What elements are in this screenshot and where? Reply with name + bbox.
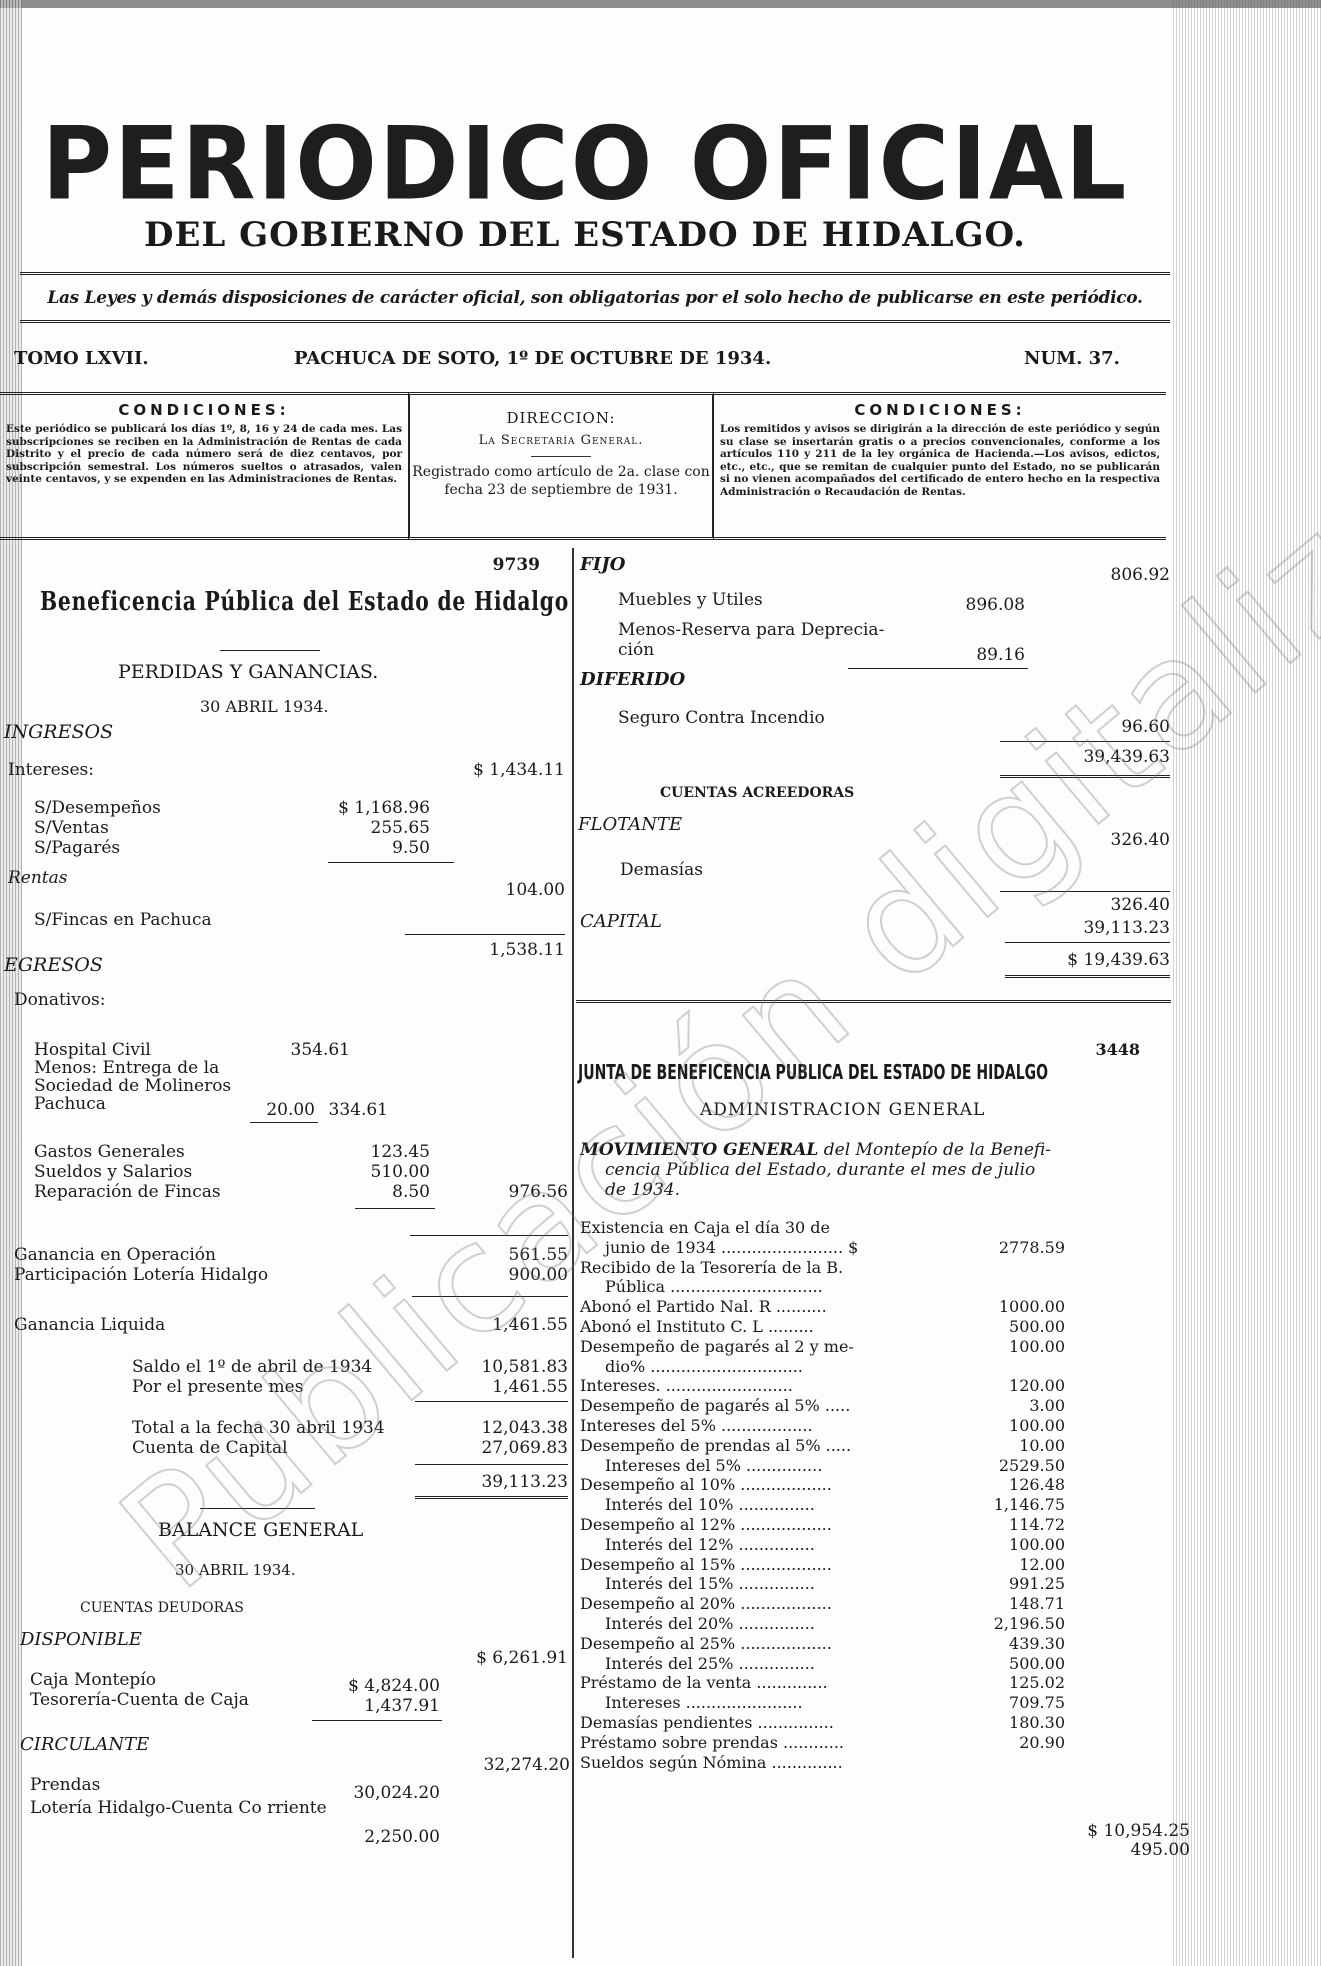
- ingreso-value-1: 255.65: [290, 818, 430, 838]
- movement-item-label: Desempeño de prendas al 5% .....: [580, 1436, 851, 1456]
- movement-line-1: MOVIMIENTO GENERAL del Montepío de la Be…: [580, 1140, 1051, 1160]
- movement-item-label: Desempeño al 20% ..................: [580, 1594, 832, 1614]
- movement-item-value: 991.25: [960, 1574, 1065, 1594]
- result-value-1: 900.00: [440, 1265, 568, 1285]
- movement-item-value: 1,146.75: [960, 1495, 1065, 1515]
- direccion-registration: Registrado como artículo de 2a. clase co…: [410, 463, 712, 499]
- movement-item-value: 100.00: [960, 1416, 1065, 1436]
- diferido-heading: DIFERIDO: [580, 670, 685, 690]
- report-title: PERDIDAS Y GANANCIAS.: [118, 662, 378, 682]
- menos-line-1: Sociedad de Molineros: [34, 1076, 231, 1096]
- ingresos-total: 1,538.11: [430, 940, 565, 960]
- disponible-value-1: 1,437.91: [300, 1696, 440, 1716]
- movement-text-2: cencia Pública del Estado, durante el me…: [605, 1160, 1035, 1180]
- acreedoras-total: $ 19,439.63: [1000, 950, 1170, 970]
- movement-item-value: 125.02: [960, 1673, 1065, 1693]
- movement-item-label: Intereses .......................: [605, 1693, 803, 1713]
- flotante-heading: FLOTANTE: [578, 815, 682, 835]
- capital-total: 39,113.23: [440, 1472, 568, 1492]
- disponible-label-1: Tesorería-Cuenta de Caja: [30, 1690, 249, 1710]
- diferido-value: 96.60: [1050, 717, 1170, 737]
- ingreso-label-2: S/Pagarés: [34, 838, 120, 858]
- masthead-title: PERIODICO OFICIAL: [0, 105, 1170, 223]
- flotante-total: 326.40: [1050, 830, 1170, 850]
- movement-item-value: 20.90: [960, 1733, 1065, 1753]
- capital-rule: [1005, 942, 1170, 943]
- fijo-label-0: Muebles y Utiles: [618, 590, 763, 610]
- issue-info-row: TOMO LXVII. PACHUCA DE SOTO, 1º DE OCTUB…: [14, 348, 1164, 376]
- capital-label-2: Total a la fecha 30 abril 1934: [132, 1418, 385, 1438]
- result-label-1: Participación Lotería Hidalgo: [14, 1265, 268, 1285]
- movement-item-label: Préstamo de la venta ..............: [580, 1673, 828, 1693]
- ingreso-label-1: S/Ventas: [34, 818, 109, 838]
- movement-item-label: Interés del 25% ...............: [605, 1654, 815, 1674]
- menos-line-0: Menos: Entrega de la: [34, 1058, 219, 1078]
- movement-item-value: 709.75: [960, 1693, 1065, 1713]
- fijo-heading: FIJO: [580, 555, 625, 575]
- movement-item-value: 126.48: [960, 1475, 1065, 1495]
- egreso-label-0: Gastos Generales: [34, 1142, 185, 1162]
- movement-item-label: Desempeño de pagarés al 5% .....: [580, 1396, 850, 1416]
- capital-label-1: Por el presente mes: [132, 1377, 303, 1397]
- donativos-net: 334.61: [320, 1100, 388, 1120]
- egresos-total: 976.56: [440, 1182, 568, 1202]
- movement-text-1: del Montepío de la Benefi-: [824, 1140, 1051, 1160]
- capital-value: 39,113.23: [1020, 918, 1170, 938]
- movement-item-label: junio de 1934 ........................ $: [605, 1238, 858, 1258]
- ingreso-value-2: 9.50: [290, 838, 430, 858]
- diferido-rule: [1000, 741, 1170, 742]
- issue-number: NUM. 37.: [1024, 348, 1120, 369]
- result-value-0: 561.55: [440, 1245, 568, 1265]
- fijo-rule: [848, 668, 1028, 669]
- egresos-total-rule: [410, 1235, 568, 1236]
- conditions-left-title: CONDICIONES:: [0, 401, 408, 419]
- rentas-label: Rentas: [8, 868, 68, 888]
- movement-item-value: 500.00: [960, 1317, 1065, 1337]
- menos-rule: [250, 1122, 318, 1123]
- ingreso-value-0: $ 1,168.96: [290, 798, 430, 818]
- ingresos-heading: INGRESOS: [4, 722, 113, 742]
- movement-item-value: 12.00: [960, 1555, 1065, 1575]
- scan-edge-top: [0, 0, 1321, 8]
- deudoras-total: 39,439.63: [1020, 747, 1170, 767]
- newspaper-page: PERIODICO OFICIAL DEL GOBIERNO DEL ESTAD…: [0, 0, 1321, 1966]
- circulante-total: 32,274.20: [440, 1755, 570, 1775]
- fijo-value-1: 89.16: [920, 645, 1025, 665]
- flotante-rule: [1000, 891, 1170, 892]
- movement-item-value: 10.00: [960, 1436, 1065, 1456]
- capital-subtotal-rule: [415, 1401, 568, 1402]
- column-divider: [572, 548, 574, 1958]
- egresos-subtotal-rule: [355, 1208, 435, 1209]
- movement-item-value: 114.72: [960, 1515, 1065, 1535]
- movement-item-label: Abonó el Partido Nal. R ..........: [580, 1297, 827, 1317]
- ganancia-liquida-value: 1,461.55: [440, 1315, 568, 1335]
- intereses-total: $ 1,434.11: [420, 760, 565, 780]
- conditions-right-title: CONDICIONES:: [714, 401, 1166, 419]
- tomo-label: TOMO LXVII.: [14, 348, 149, 369]
- ingresos-total-rule: [405, 934, 565, 935]
- movement-item-label: Interés del 12% ...............: [605, 1535, 815, 1555]
- fijo-value-0: 896.08: [920, 595, 1025, 615]
- movement-item-label: Préstamo sobre prendas ............: [580, 1733, 844, 1753]
- org-title: Beneficencia Pública del Estado de Hidal…: [40, 592, 569, 612]
- flotante-sum: 326.40: [1050, 895, 1170, 915]
- movement-lead: MOVIMIENTO GENERAL: [580, 1140, 818, 1160]
- direccion-box: DIRECCION: La Secretaría General. Regist…: [408, 392, 714, 540]
- circulante-label-0: Prendas: [30, 1775, 100, 1795]
- movement-item-value: 100.00: [960, 1337, 1065, 1357]
- movement-item-label: Desempeño al 15% ..................: [580, 1555, 832, 1575]
- movement-item-value: 100.00: [960, 1535, 1065, 1555]
- movement-item-label: Desempeño al 25% ..................: [580, 1634, 832, 1654]
- masthead-tagline: Las Leyes y demás disposiciones de carác…: [20, 288, 1170, 308]
- ingresos-subtotal-rule: [328, 862, 454, 863]
- balance-title-rule: [200, 1508, 315, 1509]
- movement-item-value: 2529.50: [960, 1456, 1065, 1476]
- movement-item-label: Interés del 15% ...............: [605, 1574, 815, 1594]
- intereses-label: Intereses:: [8, 760, 94, 780]
- fijo-label-1: Menos-Reserva para Deprecia- ción: [618, 620, 918, 660]
- egresos-heading: EGRESOS: [4, 955, 103, 975]
- donativos-label: Donativos:: [14, 990, 106, 1010]
- movement-item-value: 2778.59: [960, 1238, 1065, 1258]
- hospital-label: Hospital Civil: [34, 1040, 151, 1060]
- acreedoras-double-rule: [1005, 975, 1170, 978]
- capital-label-3: Cuenta de Capital: [132, 1438, 288, 1458]
- egreso-label-2: Reparación de Fincas: [34, 1182, 221, 1202]
- movement-item-value: 2,196.50: [960, 1614, 1065, 1634]
- movement-item-label: dio% ..............................: [605, 1357, 803, 1377]
- menos-line-2: Pachuca: [34, 1094, 106, 1114]
- scan-edge-right: [1171, 0, 1321, 1966]
- rentas-item: S/Fincas en Pachuca: [34, 910, 212, 930]
- notice-number-left: 9739: [440, 555, 540, 575]
- movement-item-label: Intereses del 5% ..................: [580, 1416, 813, 1436]
- menos-value: 20.00: [250, 1100, 315, 1120]
- section-divider-right: [576, 1000, 1171, 1003]
- ganancia-liquida-label: Ganancia Liquida: [14, 1315, 165, 1335]
- circulante-label-1: Lotería Hidalgo-Cuenta Co rriente: [30, 1798, 330, 1818]
- capital-value-3: 27,069.83: [440, 1438, 568, 1458]
- movement-item-label: Desempeño al 12% ..................: [580, 1515, 832, 1535]
- movement-item-value: 120.00: [960, 1376, 1065, 1396]
- egreso-value-0: 123.45: [320, 1142, 430, 1162]
- disponible-total: $ 6,261.91: [440, 1648, 568, 1668]
- capital-value-1: 1,461.55: [440, 1377, 568, 1397]
- cuentas-deudoras-heading: CUENTAS DEUDORAS: [80, 1598, 244, 1618]
- masthead-rule-top: [20, 272, 1170, 275]
- flotante-item: Demasías: [620, 860, 703, 880]
- disponible-rule: [312, 1720, 442, 1721]
- capital-label-0: Saldo el 1º de abril de 1934: [132, 1357, 372, 1377]
- movement-item-value: 500.00: [960, 1654, 1065, 1674]
- movement-total: $ 10,954.25: [1040, 1821, 1190, 1841]
- direccion-title: DIRECCION:: [410, 409, 712, 427]
- notice-number-right: 3448: [1040, 1040, 1140, 1060]
- fijo-total: 806.92: [1050, 565, 1170, 585]
- direccion-divider: [531, 456, 591, 457]
- capital-value-2: 12,043.38: [440, 1418, 568, 1438]
- title-rule: [220, 650, 320, 651]
- egreso-label-1: Sueldos y Salarios: [34, 1162, 192, 1182]
- scan-edge-left: [0, 0, 22, 1966]
- movement-item-label: Sueldos según Nómina ..............: [580, 1753, 843, 1773]
- movement-item-label: Intereses del 5% ...............: [605, 1456, 822, 1476]
- masthead-subtitle: DEL GOBIERNO DEL ESTADO DE HIDALGO.: [0, 215, 1170, 255]
- movement-item-label: Demasías pendientes ...............: [580, 1713, 834, 1733]
- movement-item-label: Desempeño de pagarés al 2 y me-: [580, 1337, 854, 1357]
- circulante-heading: CIRCULANTE: [20, 1735, 149, 1755]
- movement-item-label: Interés del 10% ...............: [605, 1495, 815, 1515]
- masthead-rule-bottom: [20, 320, 1170, 323]
- results-rule: [412, 1296, 568, 1297]
- conditions-right-text: Los remitidos y avisos se dirigirán a la…: [714, 419, 1166, 498]
- conditions-left-box: CONDICIONES: Este periódico se publicará…: [0, 392, 408, 540]
- capital-total-rule: [415, 1464, 568, 1465]
- capital-value-0: 10,581.83: [440, 1357, 568, 1377]
- movement-item-label: Desempeño al 10% ..................: [580, 1475, 832, 1495]
- deudoras-double-rule: [1000, 775, 1170, 778]
- movement-item-label: Abonó el Instituto C. L .........: [580, 1317, 814, 1337]
- movement-item-value: 439.30: [960, 1634, 1065, 1654]
- movement-item-label: Pública ..............................: [605, 1277, 823, 1297]
- sueldos-value: 495.00: [1040, 1840, 1190, 1860]
- report-date: 30 ABRIL 1934.: [200, 697, 329, 717]
- capital-double-rule: [415, 1496, 568, 1499]
- movement-item-label: Intereses. .........................: [580, 1376, 793, 1396]
- rentas-total: 104.00: [430, 880, 565, 900]
- result-label-0: Ganancia en Operación: [14, 1245, 216, 1265]
- conditions-right-box: CONDICIONES: Los remitidos y avisos se d…: [714, 392, 1166, 540]
- balance-date: 30 ABRIL 1934.: [175, 1560, 296, 1580]
- movement-item-value: 148.71: [960, 1594, 1065, 1614]
- movement-item-value: 1000.00: [960, 1297, 1065, 1317]
- ingreso-label-0: S/Desempeños: [34, 798, 161, 818]
- cuentas-acreedoras-heading: CUENTAS ACREEDORAS: [660, 783, 854, 803]
- balance-title: BALANCE GENERAL: [158, 1520, 363, 1540]
- circulante-value-1: 2,250.00: [300, 1827, 440, 1847]
- movement-item-label: Existencia en Caja el día 30 de: [580, 1218, 830, 1238]
- disponible-heading: DISPONIBLE: [20, 1630, 142, 1650]
- admin-title: ADMINISTRACION GENERAL: [700, 1100, 985, 1120]
- movement-item-label: Interés del 20% ...............: [605, 1614, 815, 1634]
- movement-item-label: Recibido de la Tesorería de la B.: [580, 1258, 843, 1278]
- movement-item-value: 3.00: [960, 1396, 1065, 1416]
- movement-text-3: de 1934.: [605, 1180, 680, 1200]
- egreso-value-2: 8.50: [320, 1182, 430, 1202]
- place-date: PACHUCA DE SOTO, 1º DE OCTUBRE DE 1934.: [294, 348, 771, 369]
- egreso-value-1: 510.00: [320, 1162, 430, 1182]
- direccion-entity: La Secretaría General.: [410, 433, 712, 448]
- capital-heading: CAPITAL: [580, 912, 662, 932]
- hospital-value: 354.61: [250, 1040, 350, 1060]
- junta-title: JUNTA DE BENEFICENCIA PUBLICA DEL ESTADO…: [578, 1062, 1048, 1082]
- disponible-value-0: $ 4,824.00: [300, 1676, 440, 1696]
- movement-item-value: 180.30: [960, 1713, 1065, 1733]
- conditions-left-text: Este periódico se publicará los días 1º,…: [0, 419, 408, 486]
- disponible-label-0: Caja Montepío: [30, 1670, 156, 1690]
- diferido-label: Seguro Contra Incendio: [618, 708, 825, 728]
